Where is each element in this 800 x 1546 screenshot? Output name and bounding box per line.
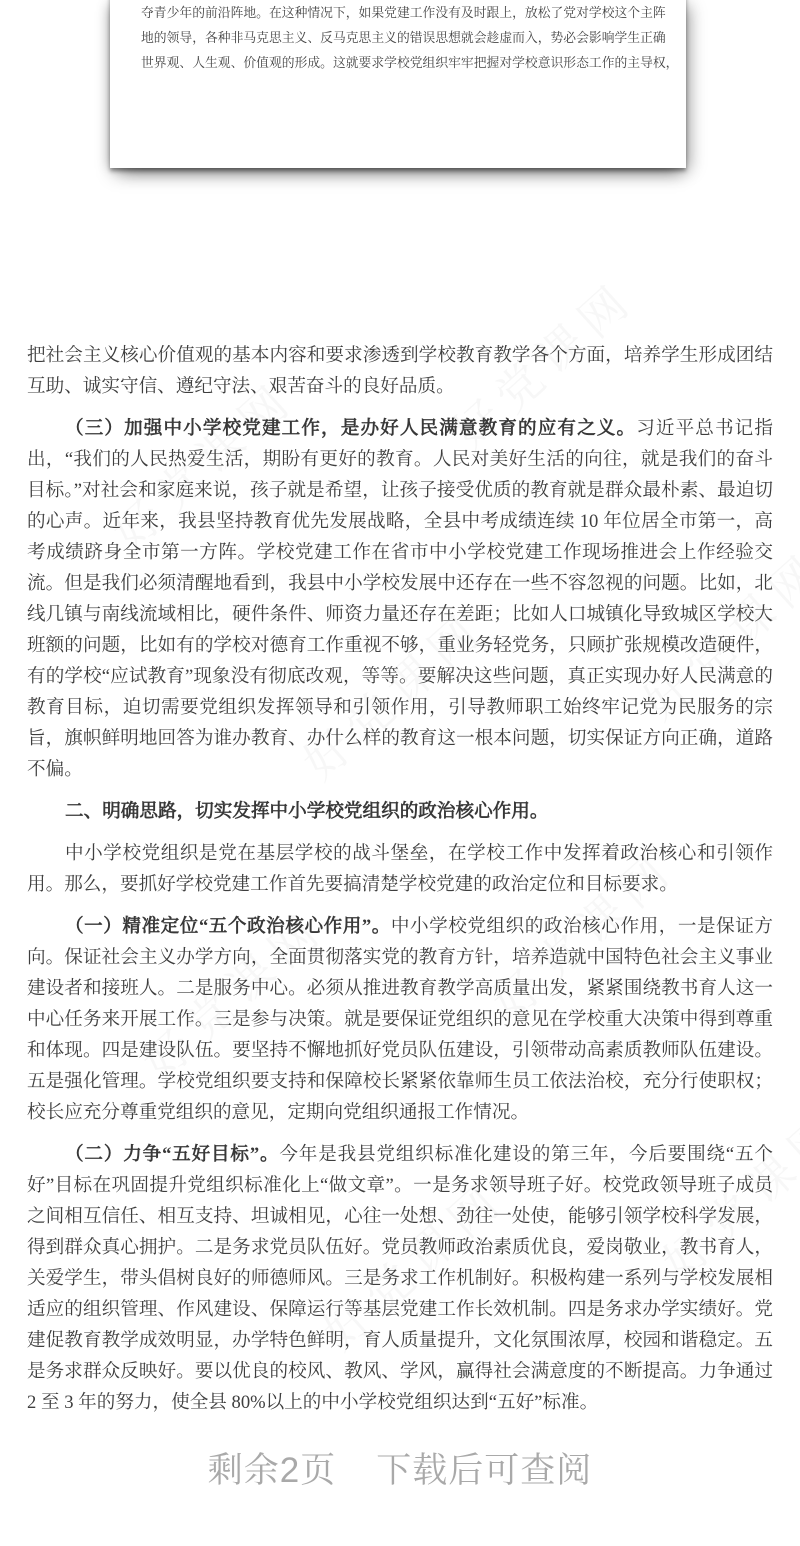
section-heading-lead: （一）精准定位“五个政治核心作用”。 [65, 916, 391, 937]
document-body: 把社会主义核心价值观的基本内容和要求渗透到学校教育教学各个方面，培养学生形成团结… [27, 340, 773, 1429]
paragraph-text: 中小学校党组织是党在基层学校的战斗堡垒，在学校工作中发挥着政治核心和引领作用。那… [27, 843, 773, 895]
paragraph: 中小学校党组织是党在基层学校的战斗堡垒，在学校工作中发挥着政治核心和引领作用。那… [27, 838, 773, 900]
section-heading-lead: （二）力争“五好目标”。 [65, 1144, 279, 1165]
download-hint-label: 下载后可查阅 [376, 1443, 592, 1493]
page-one-line: 地的领导，各种非马克思主义、反马克思主义的错误思想就会趁虚而入，势必会影响学生正… [141, 26, 664, 51]
page-one-preview: 夺青少年的前沿阵地。在这种情况下，如果党建工作没有及时跟上，放松了党对学校这个主… [110, 0, 686, 168]
section-heading-1-paragraph: （一）精准定位“五个政治核心作用”。中小学校党组织的政治核心作用，一是保证方向。… [27, 911, 773, 1128]
paragraph-text: 把社会主义核心价值观的基本内容和要求渗透到学校教育教学各个方面，培养学生形成团结… [27, 345, 773, 397]
page-one-text: 夺青少年的前沿阵地。在这种情况下，如果党建工作没有及时跟上，放松了党对学校这个主… [141, 1, 664, 76]
paragraph-text: 中小学校党组织的政治核心作用，一是保证方向。保证社会主义办学方向，全面贯彻落实党… [27, 916, 773, 1123]
section-heading-lead: （三）加强中小学校党建工作，是办好人民满意教育的应有之义。 [65, 418, 636, 439]
remaining-pages-notice: 剩余2页 下载后可查阅 [0, 1446, 800, 1490]
page-one-line: 世界观、人生观、价值观的形成。这就要求学校党组织牢牢把握对学校意识形态工作的主导… [141, 51, 664, 76]
paragraph-text: 今年是我县党组织标准化建设的第三年，今后要围绕“五个好”目标在巩固提升党组织标准… [27, 1144, 773, 1413]
paragraph-text: 习近平总书记指出，“我们的人民热爱生活，期盼有更好的教育。人民对美好生活的向往，… [27, 418, 773, 780]
section-heading-2-paragraph: （二）力争“五好目标”。今年是我县党组织标准化建设的第三年，今后要围绕“五个好”… [27, 1139, 773, 1418]
remaining-pages-label: 剩余2页 [208, 1443, 336, 1493]
paragraph-continuation: 把社会主义核心价值观的基本内容和要求渗透到学校教育教学各个方面，培养学生形成团结… [27, 340, 773, 402]
section-heading-lead: 二、明确思路，切实发挥中小学校党组织的政治核心作用。 [65, 801, 548, 822]
section-heading-2: 二、明确思路，切实发挥中小学校党组织的政治核心作用。 [27, 796, 773, 827]
page-one-line: 夺青少年的前沿阵地。在这种情况下，如果党建工作没有及时跟上，放松了党对学校这个主… [141, 1, 664, 26]
section-heading-3-paragraph: （三）加强中小学校党建工作，是办好人民满意教育的应有之义。习近平总书记指出，“我… [27, 413, 773, 785]
